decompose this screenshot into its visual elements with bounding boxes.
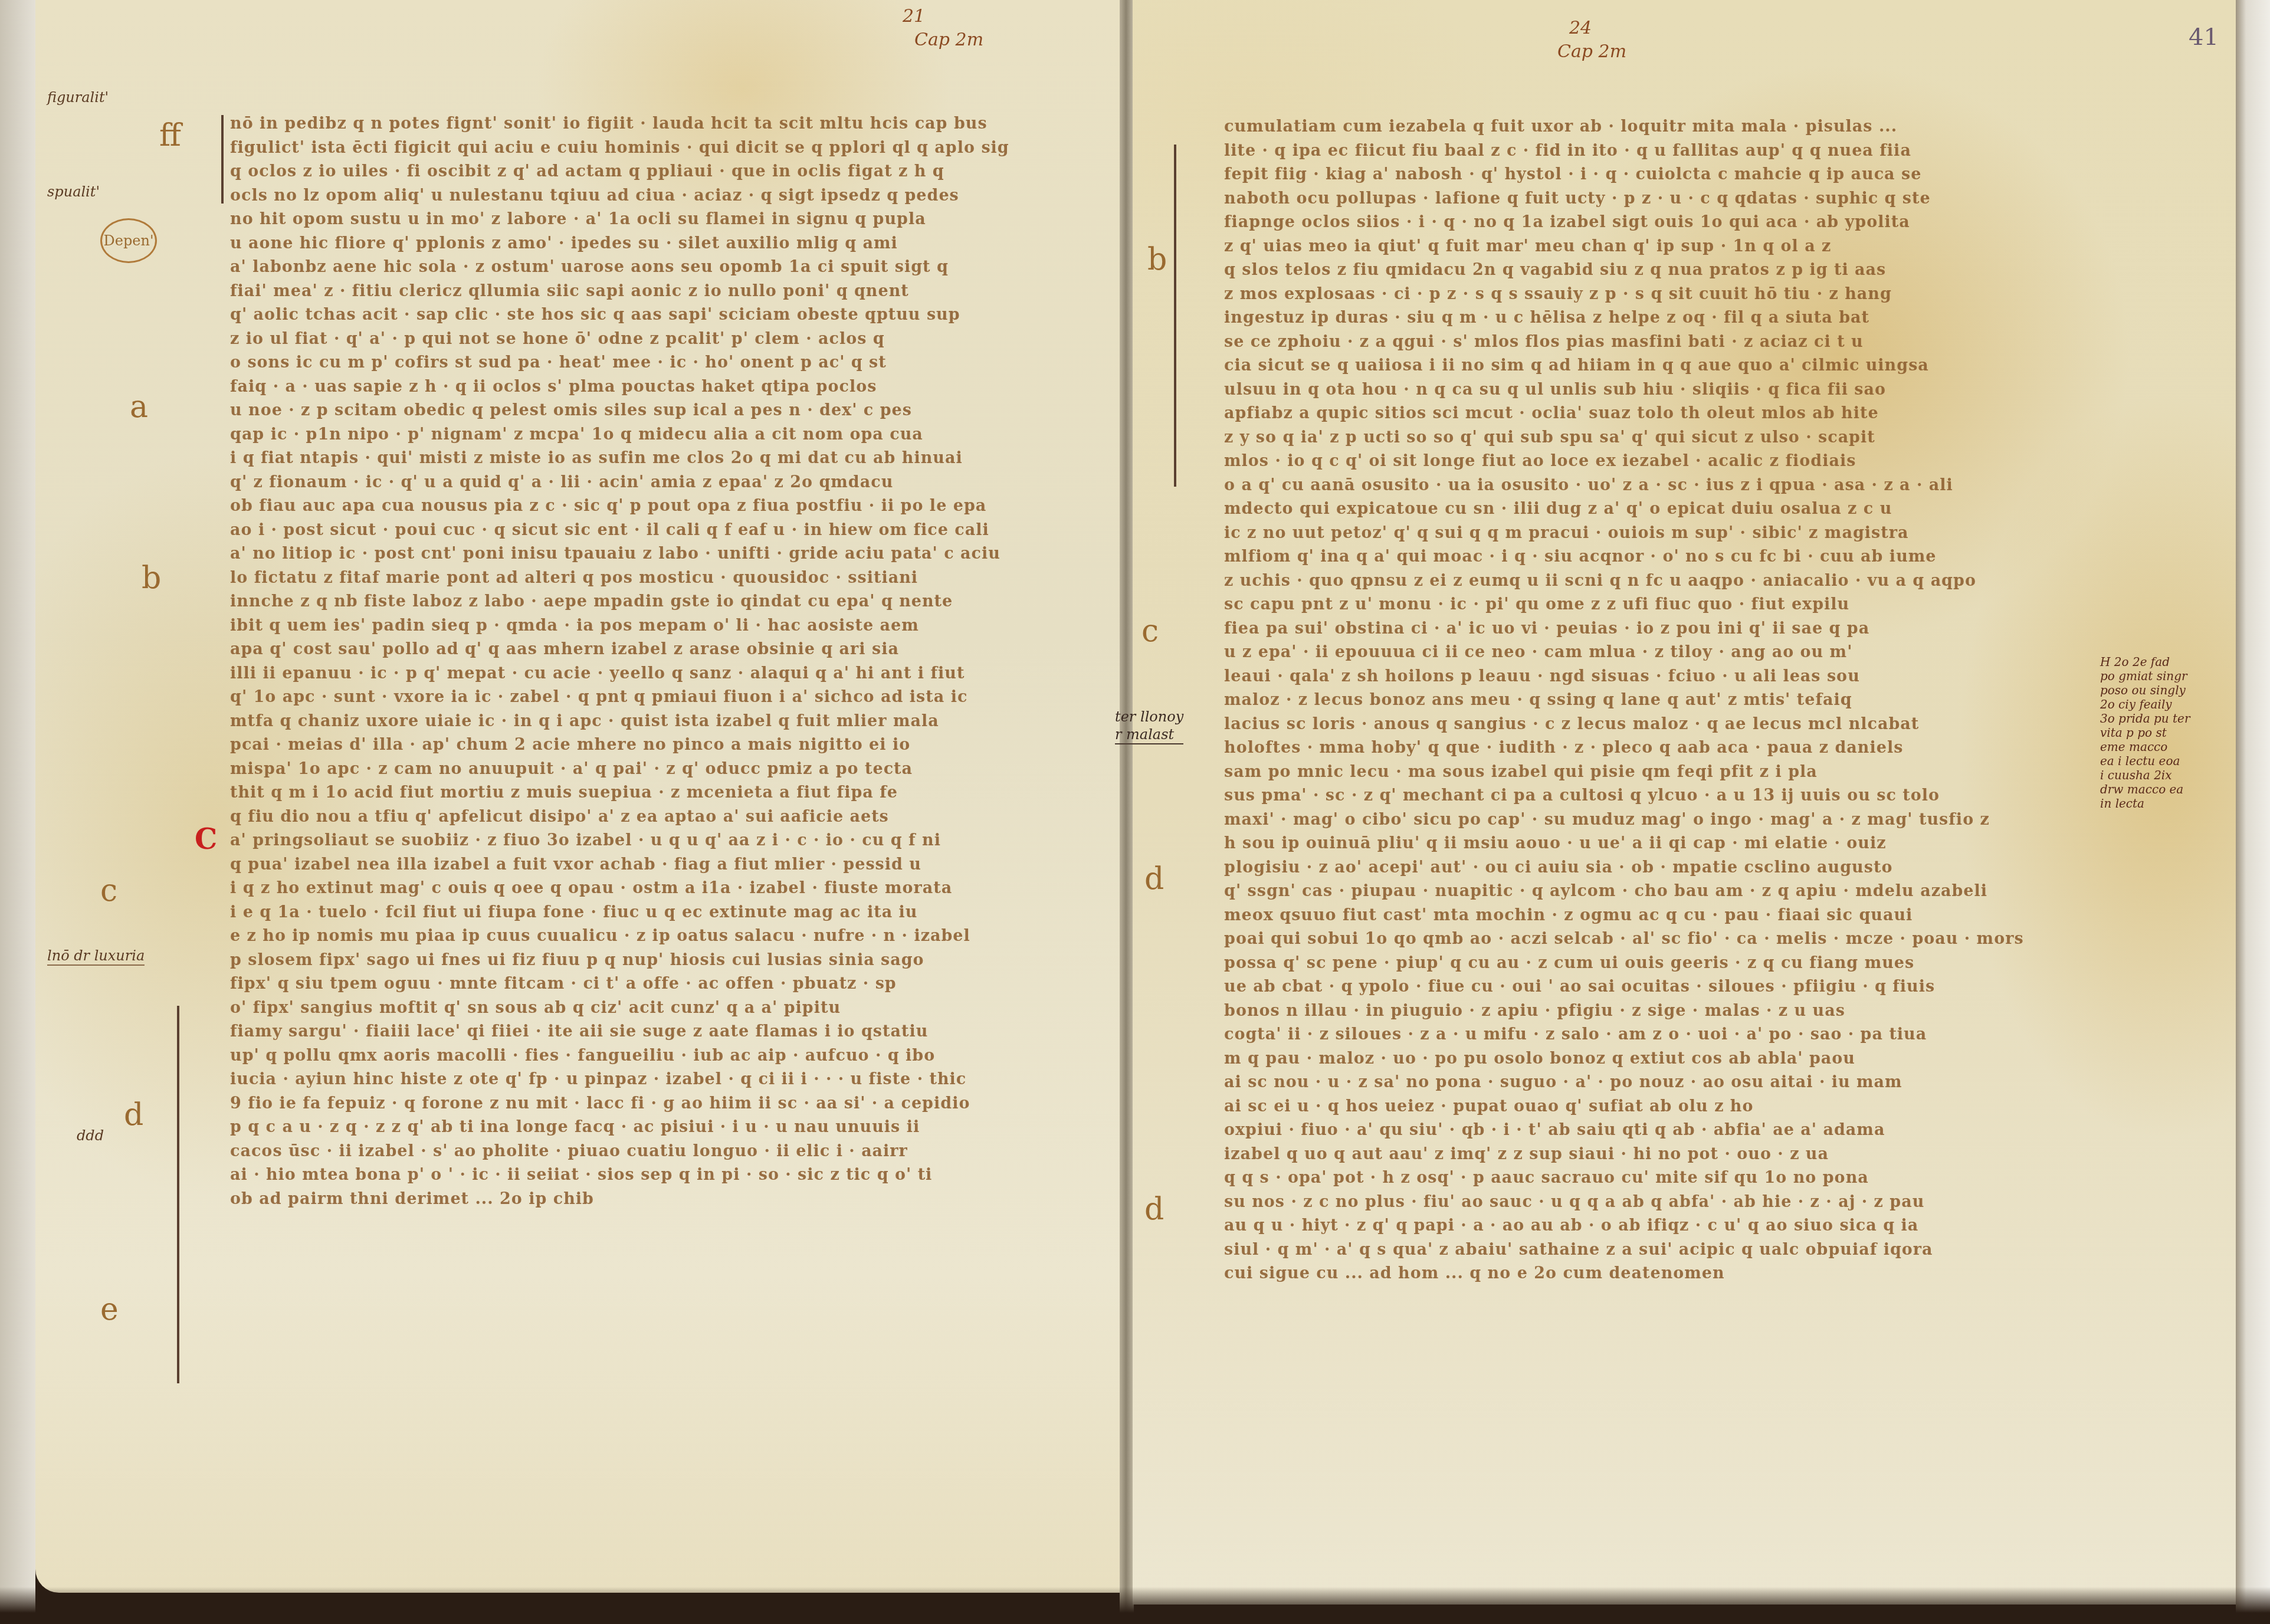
right-page-running-header: Cap 2m [1557,41,1626,62]
left-page-last-line: ob ad pairm thni derimet ... 2o ip chib [230,1187,1115,1212]
left-page-text-column: nō in pedibz q n potes fignt' sonit' io … [230,112,1115,1211]
margin-note-ddd: ddd [77,1127,104,1144]
margin-note-de-luxuria: lnō dr luxuria [47,947,145,966]
rubric-initial-c: C [195,823,217,856]
margin-note-spualit: spualit' [47,183,100,201]
left-text-bracket-bottom [177,1006,179,1383]
right-page-last-line: cui sigue cu ... ad hom ... q no e 2o cu… [1224,1262,2079,1286]
book-gutter [1120,0,1134,1624]
margin-letter-b: b [142,560,161,596]
margin-letter-a: a [130,389,148,425]
margin-letter-d: d [124,1097,143,1133]
margin-note-ff: ff [159,118,181,153]
left-page-top-number: 21 [903,6,925,27]
right-page: 24 Cap 2m 41 b c d d ter llonoy r malast… [1133,0,2236,1605]
right-margin-letter-b: b [1147,242,1167,277]
manuscript-spread: 21 Cap 2m figuralit' ff spualit' Depen' … [0,0,2270,1624]
folio-number: 41 [2189,24,2219,51]
left-page: 21 Cap 2m figuralit' ff spualit' Depen' … [35,0,1121,1593]
right-page-text-column: cumulatiam cum iezabela q fuit uxor ab ·… [1224,115,2079,1286]
right-margin-letter-c: c [1141,613,1159,649]
bottom-binding-shadow [0,1587,2270,1624]
margin-letter-e: e [100,1292,119,1327]
binding-left-edge [0,0,35,1624]
right-margin-letter-d: d [1144,861,1164,897]
right-text-bracket [1174,145,1176,487]
left-text-bracket-top [221,115,224,204]
margin-note-figuralit: figuralit' [47,88,109,106]
left-page-running-header: Cap 2m [914,29,983,50]
right-margin-letter-e: d [1144,1192,1164,1227]
right-page-top-number: 24 [1569,18,1592,38]
margin-note-right-gloss: H 2o 2e fad po gmiat singr poso ou singl… [2100,655,2190,811]
margin-note-circled-depen: Depen' [100,218,157,263]
margin-note-ter-llonoy: ter llonoy r malast [1115,708,1183,744]
right-page-first-line: cumulatiam cum iezabela q fuit uxor ab ·… [1224,115,2079,139]
margin-letter-c: c [100,873,117,908]
right-page-edge [2236,0,2270,1624]
